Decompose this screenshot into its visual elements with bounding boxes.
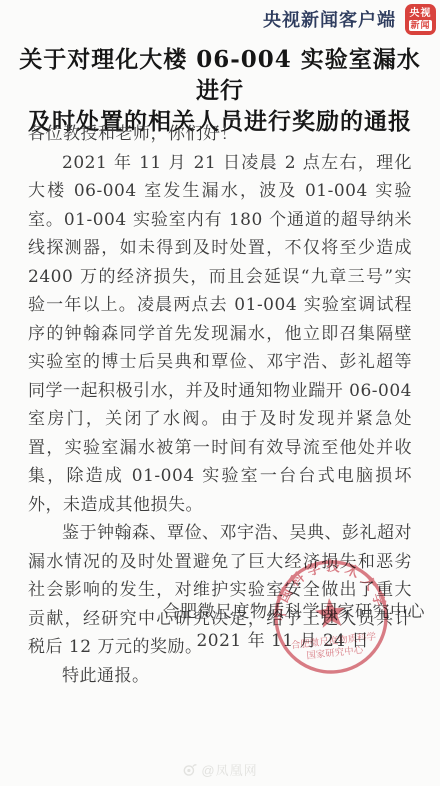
- watermark-logo-icon: [182, 763, 197, 776]
- body-paragraph: 2021 年 11 月 21 日凌晨 2 点左右，理化大楼 06-004 室发生…: [28, 149, 412, 520]
- source-label: 央视新闻客户端: [263, 6, 396, 32]
- greeting-line: 各位教授和老师，你们好！: [28, 120, 412, 149]
- signature-block: 合肥微尺度物质科学国家研究中心 2021 年 11 月 24 日: [28, 598, 425, 655]
- body-paragraph: 特此通报。: [28, 662, 412, 691]
- logo-bottom-text: 新闻: [409, 20, 431, 31]
- logo-top-text: 央视: [410, 8, 432, 19]
- notice-title-line-1: 关于对理化大楼 06-004 实验室漏水进行: [10, 44, 430, 106]
- news-post-image: 央视新闻客户端 央视 新闻 关于对理化大楼 06-004 实验室漏水进行 及时处…: [0, 0, 440, 786]
- app-header: 央视新闻客户端 央视 新闻: [0, 0, 440, 38]
- signature-date: 2021 年 11 月 24 日: [28, 627, 369, 656]
- signature-organization: 合肥微尺度物质科学国家研究中心: [28, 598, 425, 627]
- cctv-news-logo-icon: 央视 新闻: [405, 4, 436, 35]
- watermark: @凤凰网: [182, 760, 257, 779]
- watermark-text: @凤凰网: [201, 760, 257, 779]
